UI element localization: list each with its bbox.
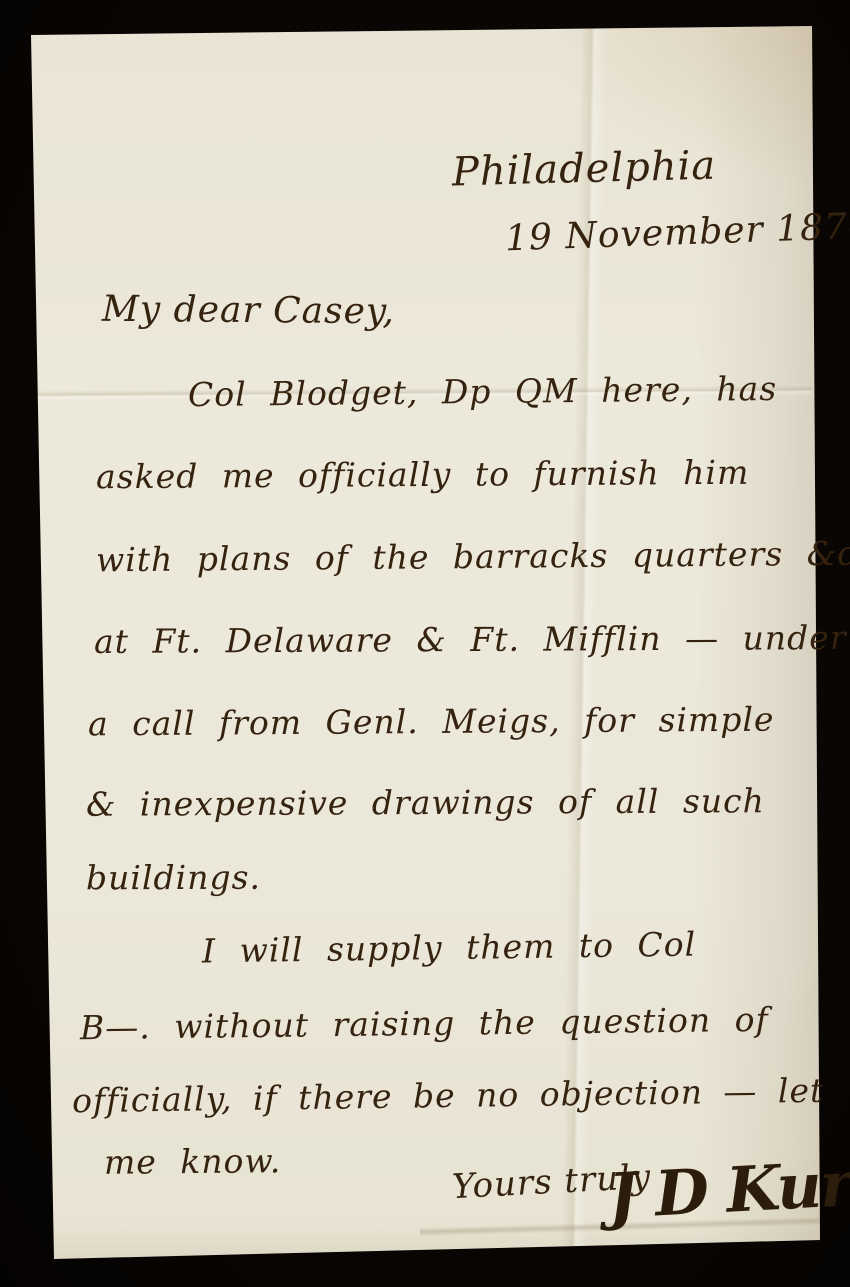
body-line-4: at Ft. Delaware & Ft. Mifflin — under — [94, 618, 847, 661]
body-line-8: I will supply them to Col — [202, 925, 697, 971]
photograph-background: Philadelphia 19 November 1870 My dear Ca… — [0, 0, 850, 1287]
body-line-1: Col Blodget, Dp QM here, has — [188, 369, 778, 414]
body-line-6: & inexpensive drawings of all such — [86, 781, 765, 824]
body-line-2: asked me officially to furnish him — [96, 453, 750, 497]
body-line-5: a call from Genl. Meigs, for simple — [88, 700, 775, 744]
body-line-7: buildings. — [86, 858, 261, 898]
salutation-line: My dear Casey, — [102, 289, 395, 333]
signature: J D Kurtz — [606, 1144, 850, 1233]
place-line: Philadelphia — [451, 143, 716, 196]
body-line-3: with plans of the barracks quarters &c — [96, 534, 850, 580]
body-line-11: me know. — [104, 1141, 282, 1182]
